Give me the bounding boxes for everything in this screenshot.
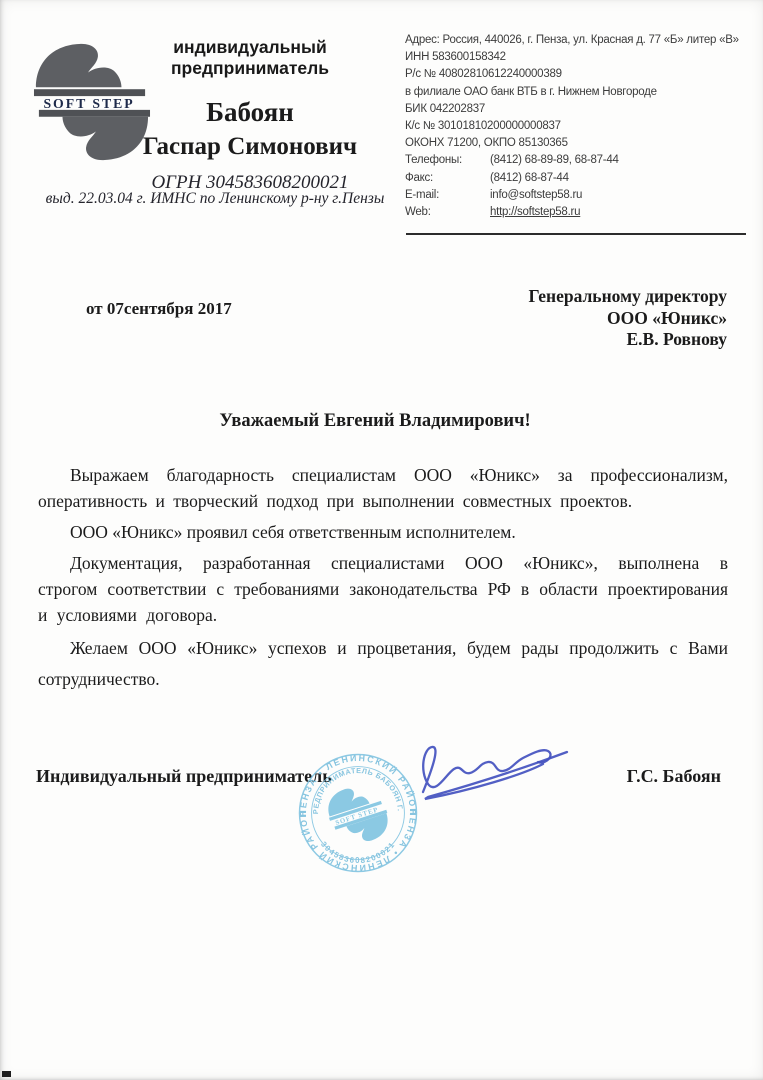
web-line: Web:http://softstep58.ru [405, 204, 761, 221]
account-line: Р/с № 40802810612240000389 [405, 66, 761, 83]
address-line: Адрес: Россия, 440026, г. Пенза, ул. Кра… [405, 32, 761, 49]
paragraph-wishes: Желаем ООО «Юникс» успехов и процветания… [38, 633, 728, 695]
web-url: http://softstep58.ru [490, 206, 580, 218]
signer-title: Индивидуальный предприниматель [36, 766, 332, 787]
recipient-block: Генеральному директору ООО «Юникс» Е.В. … [528, 286, 727, 351]
letter-date: от 07сентября 2017 [86, 299, 232, 319]
corr-account-line: К/с № 30101810200000000837 [405, 118, 761, 135]
ogrn-issued-by: выд. 22.03.04 г. ИМНС по Ленинскому р-ну… [25, 190, 405, 208]
phones-label: Телефоны: [405, 152, 490, 169]
company-requisites: Адрес: Россия, 440026, г. Пенза, ул. Кра… [405, 32, 761, 221]
paragraph-responsible: ООО «Юникс» проявил себя ответственным и… [38, 519, 728, 545]
scanned-letter-page: SOFT STEP индивидуальный предприниматель… [0, 0, 763, 1080]
recipient-title: Генеральному директору [528, 286, 727, 308]
email-label: E-mail: [405, 187, 490, 204]
recipient-person: Е.В. Ровнову [528, 329, 727, 351]
email-value: info@softstep58.ru [490, 189, 582, 201]
bank-line: в филиале ОАО банк ВТБ в г. Нижнем Новго… [405, 84, 761, 101]
scan-artifact-speck [2, 1071, 11, 1077]
surname: Бабоян [100, 97, 400, 128]
bik-line: БИК 042202837 [405, 101, 761, 118]
fax-value: (8412) 68-87-44 [490, 172, 569, 184]
fax-label: Факс: [405, 170, 490, 187]
signer-name: Г.С. Бабоян [627, 766, 721, 787]
letter-body: Выражаем благодарность специалистам ООО … [38, 462, 728, 700]
okonh-okpo-line: ОКОНХ 71200, ОКПО 85130365 [405, 135, 761, 152]
inn-line: ИНН 583600158342 [405, 49, 761, 66]
phones-line: Телефоны:(8412) 68-89-89, 68-87-44 [405, 152, 761, 169]
paragraph-gratitude: Выражаем благодарность специалистам ООО … [38, 462, 728, 514]
fax-line: Факс:(8412) 68-87-44 [405, 170, 761, 187]
salutation: Уважаемый Евгений Владимирович! [0, 411, 750, 432]
recipient-company: ООО «Юникс» [528, 308, 727, 330]
email-line: E-mail:info@softstep58.ru [405, 187, 761, 204]
entrepreneur-label: индивидуальный предприниматель [100, 37, 400, 79]
given-names: Гаспар Симонович [100, 133, 400, 161]
paragraph-documentation: Документация, разработанная специалистам… [38, 550, 728, 628]
header-divider-line [406, 233, 746, 235]
web-label: Web: [405, 204, 490, 221]
handwritten-signature [360, 720, 575, 815]
phones-value: (8412) 68-89-89, 68-87-44 [490, 154, 619, 166]
